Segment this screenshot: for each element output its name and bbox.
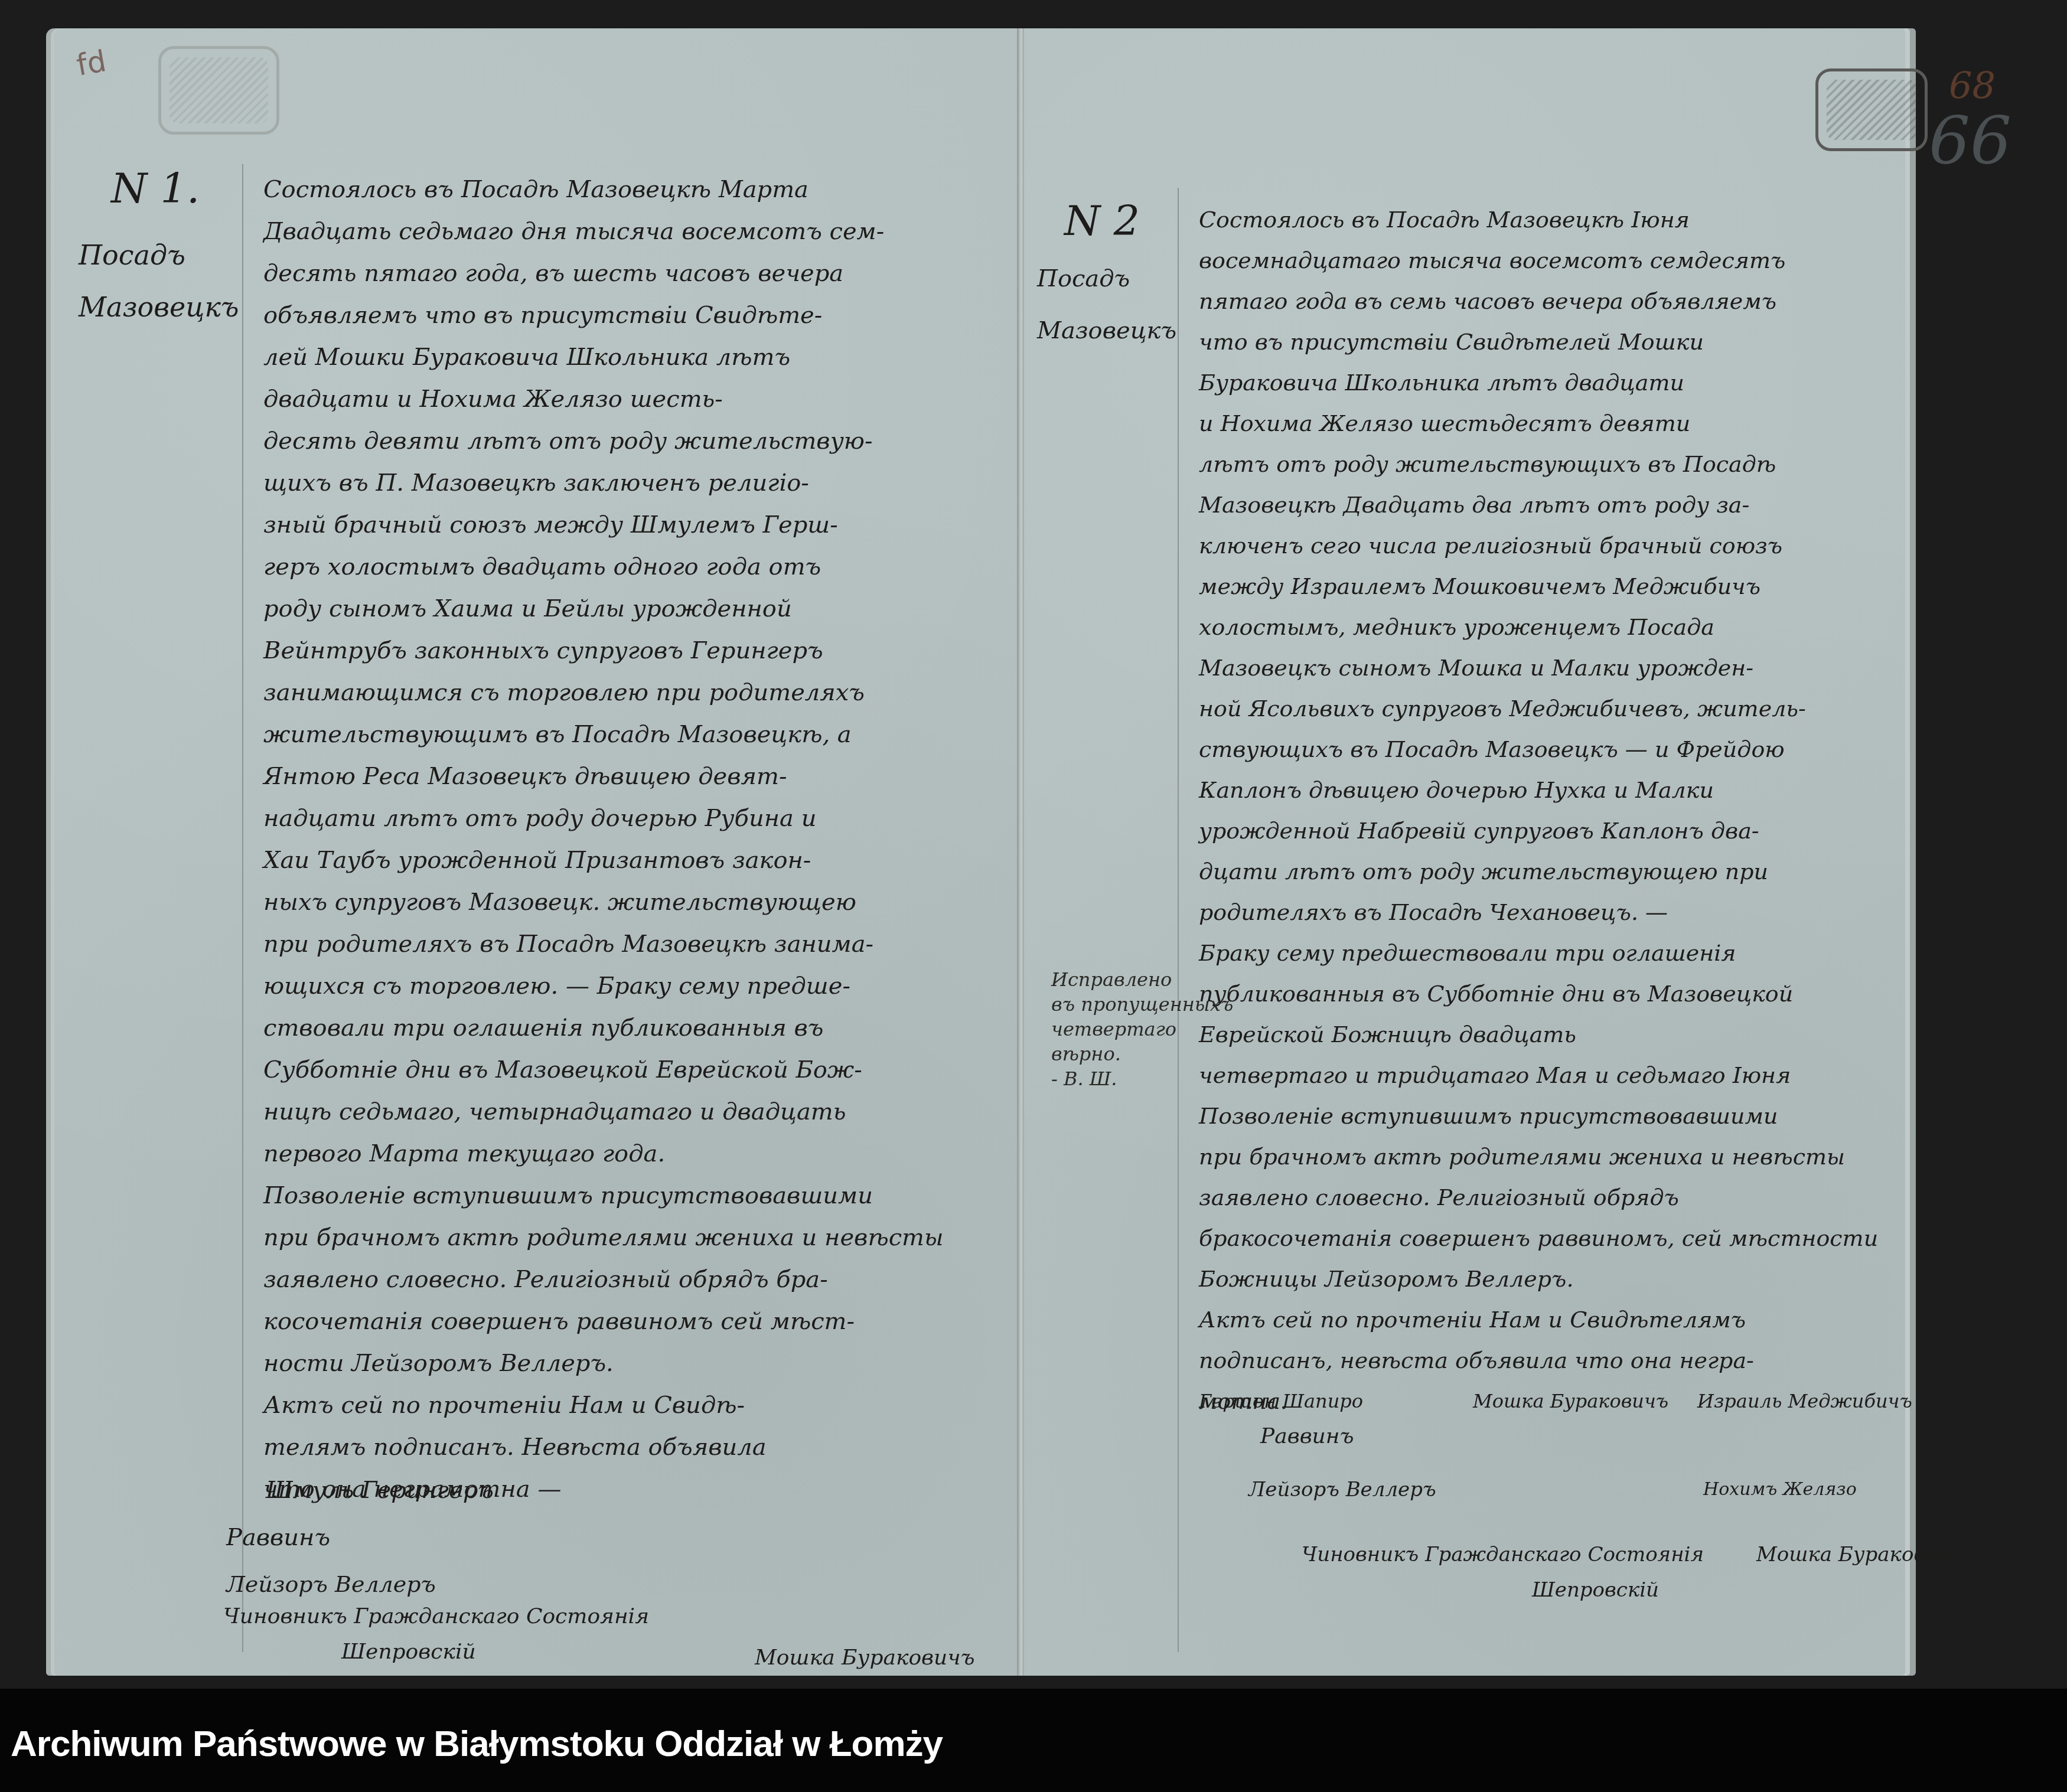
signature-label-official: Чиновникъ Гражданскаго Состоянія (223, 1599, 649, 1634)
signature-rabbi: Лейзоръ Веллеръ (1248, 1475, 1436, 1504)
signature-official: Шепровскій (341, 1634, 476, 1670)
scanned-spread: fd N 1. Посадъ Мазовецкъ Состоялось въ П… (0, 0, 2067, 1689)
entry-body: Состоялось въ Посадѣ Мазовецкѣ Марта Два… (263, 169, 944, 1510)
margin-rule (242, 164, 243, 1652)
entry-body: Состоялось въ Посадѣ Мазовецкѣ Іюня восе… (1199, 200, 1878, 1422)
folio-number-ink: 68 (1949, 64, 1996, 107)
margin-correction-note: Исправлено въ пропущенныхъ четвертаго вѣ… (1051, 967, 1233, 1091)
signature-groom: Израиль Меджибичъ (1697, 1386, 1912, 1416)
entry-place: Посадъ Мазовецкъ (79, 229, 239, 333)
signature-witness-2: Мошка Бураковичъ (755, 1640, 975, 1676)
signature-label-official: Чиновникъ Гражданскаго Состоянія (1302, 1540, 1704, 1569)
margin-rule (1178, 188, 1179, 1652)
signature-label-rabbi: Раввинъ (1260, 1422, 1354, 1451)
entry-number: N 1. (111, 164, 200, 213)
folio-number-pencil: 66 (1929, 103, 2011, 178)
signature-official: Шепровскій (1532, 1575, 1659, 1605)
signature-witness-3: Нохимъ Желязо (1703, 1475, 1857, 1504)
right-page: 68 66 N 2 Посадъ Мазовецкъ Состоялось въ… (1024, 28, 1916, 1676)
signature-witness-2: Мошка Бураковичъ (1473, 1386, 1668, 1416)
entry-number: N 2 (1064, 197, 1140, 245)
signature-witness: Шмуль Герингеръ (266, 1469, 494, 1512)
signature-rabbi: Лейзоръ Веллеръ (226, 1566, 436, 1602)
tax-stamp-icon (1815, 68, 1928, 151)
signature-witness: Гершон Шапиро (1199, 1386, 1363, 1416)
signature-witness-4: Мошка Бураковичъ (1756, 1540, 1964, 1569)
signature-label-rabbi: Раввинъ (226, 1516, 330, 1559)
tax-stamp-icon (158, 46, 279, 135)
left-page: fd N 1. Посадъ Мазовецкъ Состоялось въ П… (46, 28, 1021, 1676)
archive-caption: Archiwum Państwowe w Białymstoku Oddział… (11, 1723, 943, 1765)
entry-place: Посадъ Мазовецкъ (1037, 253, 1176, 357)
corner-pencil-mark: fd (74, 44, 109, 83)
